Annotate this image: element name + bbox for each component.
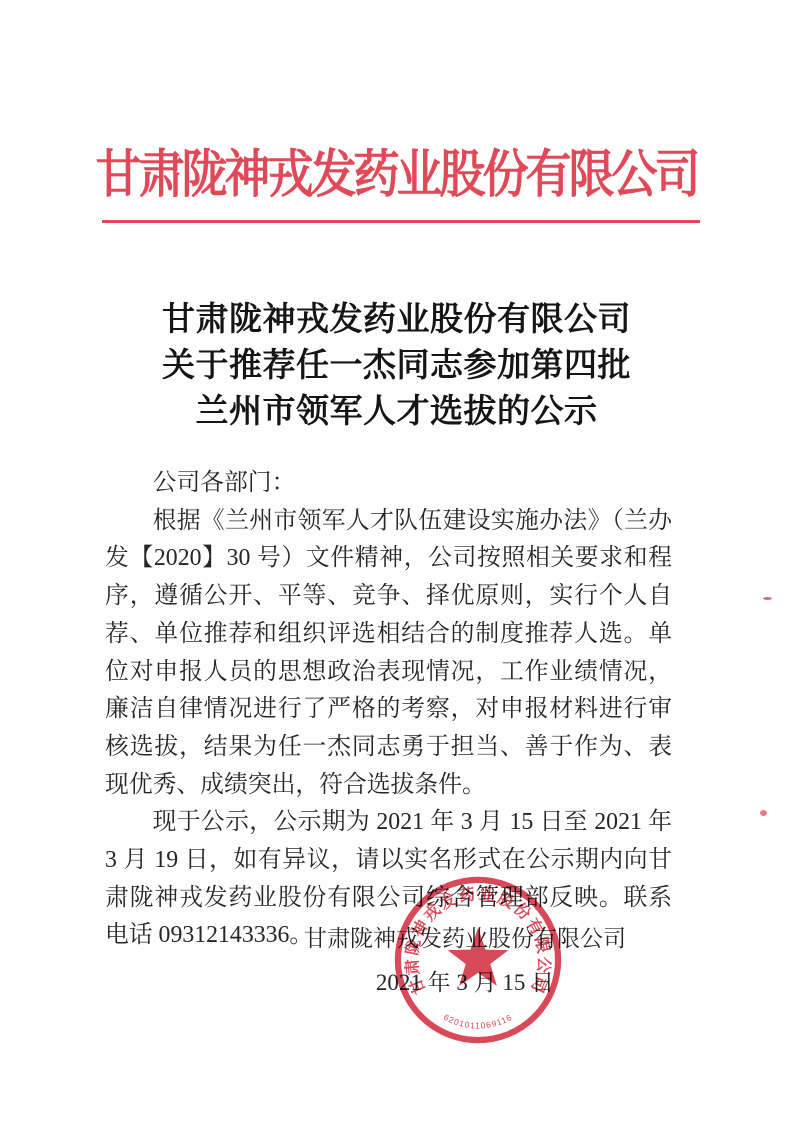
document-body: 公司各部门： 根据《兰州市领军人才队伍建设实施办法》（兰办发【2020】30 号… [105,465,672,955]
announcement-document-page: 甘肃陇神戎发药业股份有限公司 甘肃陇神戎发药业股份有限公司 关于推荐任一杰同志参… [0,0,793,1122]
title-line-2: 关于推荐任一杰同志参加第四批 [0,343,793,389]
letterhead-rule [102,220,700,223]
seal-number: 6201011069116 [442,1012,514,1031]
signature-company: 甘肃陇神戎发药业股份有限公司 [287,917,643,961]
salutation: 公司各部门： [105,465,672,503]
scan-artifact [760,810,767,816]
title-line-1: 甘肃陇神戎发药业股份有限公司 [0,297,793,343]
document-title: 甘肃陇神戎发药业股份有限公司 关于推荐任一杰同志参加第四批 兰州市领军人才选拔的… [0,297,793,435]
body-paragraph-1: 根据《兰州市领军人才队伍建设实施办法》（兰办发【2020】30 号）文件精神，公… [105,503,672,805]
letterhead-company-name: 甘肃陇神戎发药业股份有限公司 [0,134,793,208]
scan-artifact [763,597,772,600]
signature-date: 2021 年 3 月 15 日 [287,961,643,1005]
signature-block: 甘肃陇神戎发药业股份有限公司 2021 年 3 月 15 日 [287,917,643,1005]
title-line-3: 兰州市领军人才选拔的公示 [0,389,793,435]
